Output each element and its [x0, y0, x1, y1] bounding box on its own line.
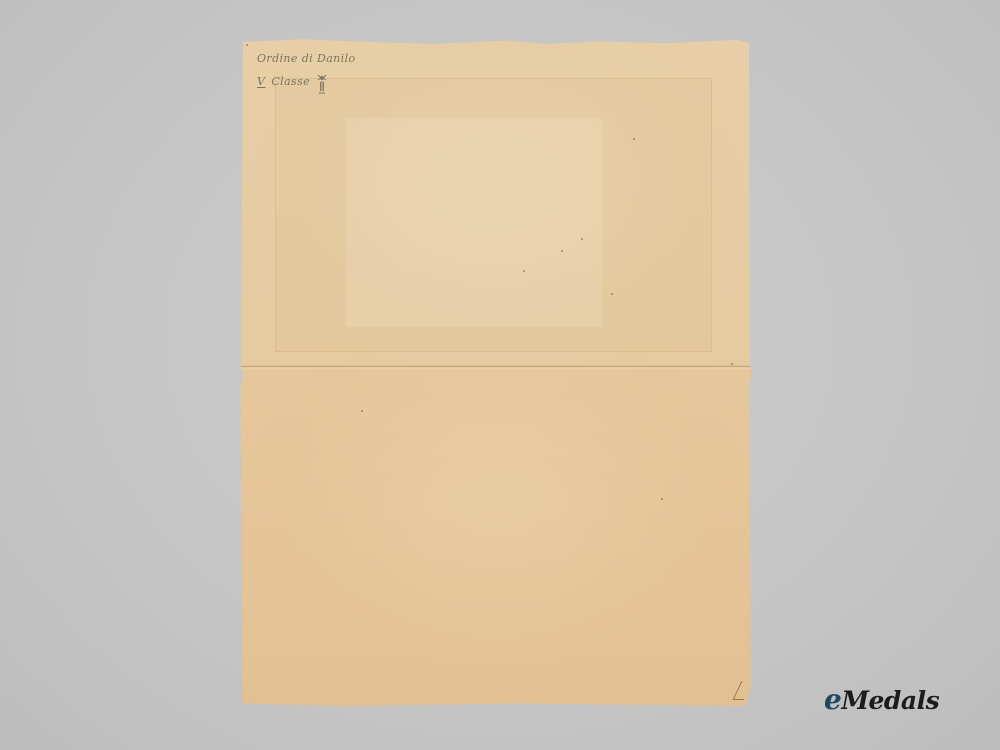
speck — [561, 250, 563, 252]
inscription-line-2: V Classe — [257, 67, 356, 95]
document-paper: Ordine di Danilo V Classe — [241, 38, 752, 706]
fold-crease — [241, 365, 752, 369]
speck — [661, 498, 663, 500]
speck — [731, 363, 733, 365]
insignia-sketch-icon — [316, 73, 328, 95]
speck — [523, 270, 525, 272]
speck — [633, 138, 635, 140]
speck — [611, 293, 613, 295]
watermark-prefix: e — [824, 683, 841, 716]
speck — [246, 44, 248, 46]
pencil-inscription: Ordine di Danilo V Classe — [257, 50, 356, 95]
speck — [361, 410, 363, 412]
speck — [581, 238, 583, 240]
faded-show-through-inner — [346, 118, 602, 327]
class-numeral: V — [257, 73, 265, 90]
emedals-watermark: e Medals — [824, 683, 939, 716]
watermark-brand: Medals — [841, 686, 939, 715]
class-label: Classe — [271, 73, 310, 90]
lower-panel — [241, 367, 752, 706]
inscription-line-1: Ordine di Danilo — [257, 50, 356, 67]
